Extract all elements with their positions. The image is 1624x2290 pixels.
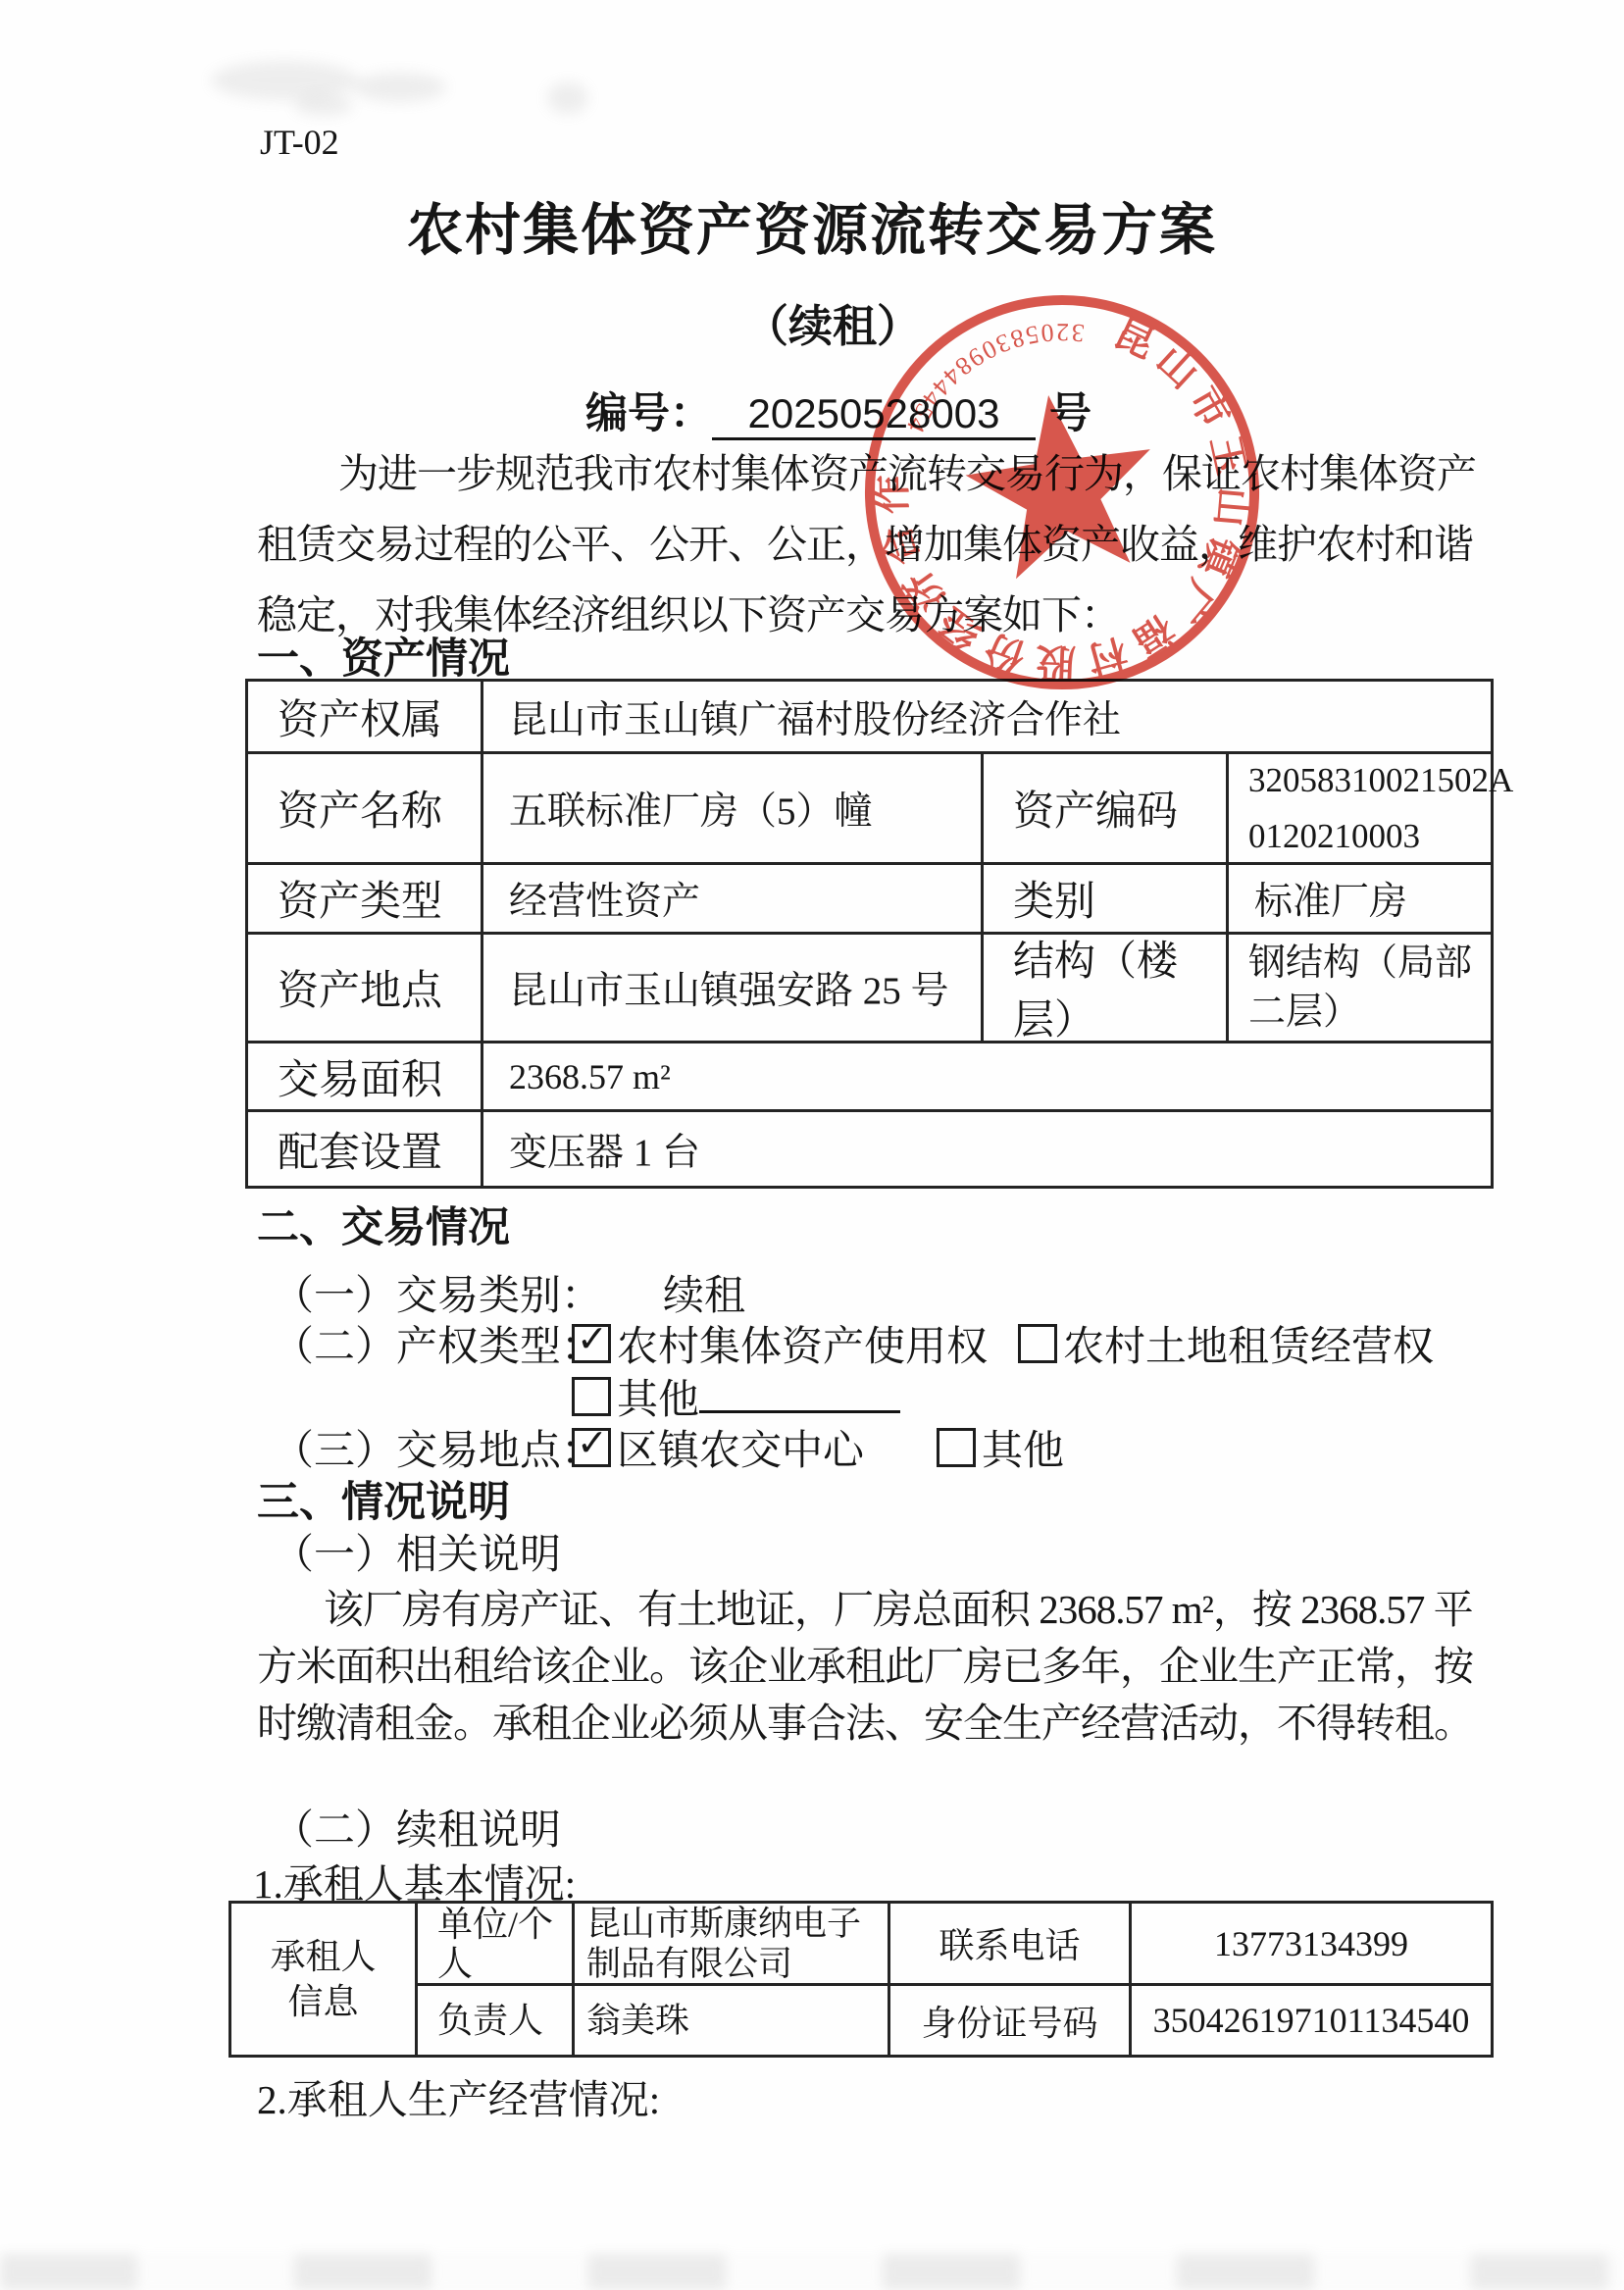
blank-underline: [699, 1369, 900, 1413]
scan-edge-shadow: [0, 2254, 1624, 2290]
section3-sub2: （二）续租说明: [273, 1798, 561, 1857]
facilities-label: 配套设置: [248, 1112, 483, 1189]
asset-structure-value: 钢结构（局部二层）: [1229, 935, 1494, 1043]
trade-type-label: （一）交易类别：: [273, 1274, 602, 1319]
asset-code-line2: 0120210003: [1248, 808, 1491, 864]
official-seal-stamp: 昆山市玉山镇广福村股份经济合作社 32058309844454: [846, 277, 1278, 708]
scan-smudge: [211, 61, 358, 100]
principal-field-value: 翁美珠: [575, 1986, 890, 2058]
page-subtitle: （续租）: [0, 290, 1624, 354]
explain-line: 时缴清租金。承租企业必须从事合法、安全生产经营活动，不得转租。: [257, 1691, 1473, 1749]
asset-location-value: 昆山市玉山镇强安路 25 号: [483, 935, 984, 1043]
trade-place-option2-label: 其他: [982, 1429, 1064, 1474]
asset-category-label: 类别: [984, 865, 1229, 935]
explain-line: 方米面积出租给该企业。该企业承租此厂房已多年，企业生产正常，按: [257, 1634, 1473, 1692]
asset-code-value: 32058310021502A 0120210003: [1229, 754, 1494, 865]
asset-name-label: 资产名称: [248, 754, 483, 865]
phone-field-label: 联系电话: [890, 1904, 1132, 1986]
checkbox-checked-icon: [572, 1324, 611, 1363]
lessee-group-label-line2: 信息: [231, 1979, 415, 2024]
lessee-group-label: 承租人 信息: [231, 1904, 418, 2058]
trade-place-option2: 其他: [937, 1418, 1064, 1477]
trade-area-label: 交易面积: [248, 1043, 483, 1112]
trade-place-option1-label: 区镇农交中心: [617, 1429, 864, 1474]
number-label: 编号：: [585, 390, 712, 437]
property-right-label: （二）产权类型：: [273, 1314, 602, 1373]
page-title: 农村集体资产资源流转交易方案: [0, 185, 1624, 266]
section1-heading: 一、资产情况: [257, 626, 510, 686]
trade-place-option1: 区镇农交中心: [572, 1418, 864, 1477]
id-field-value: 350426197101134540: [1132, 1986, 1494, 2058]
asset-code-line1: 32058310021502A: [1248, 752, 1491, 808]
section2-heading: 二、交易情况: [257, 1195, 510, 1254]
facilities-value: 变压器 1 台: [483, 1112, 1494, 1189]
seal-star-icon: [956, 382, 1166, 585]
asset-type-value: 经营性资产: [483, 865, 984, 935]
section3-heading: 三、情况说明: [257, 1469, 510, 1529]
checkbox-empty-icon: [937, 1428, 976, 1467]
form-code: JT-02: [260, 122, 339, 163]
trade-place-label: （三）交易地点：: [273, 1418, 602, 1477]
document-page: JT-02 农村集体资产资源流转交易方案 （续租） 编号：20250528003…: [0, 0, 1624, 2290]
asset-info-table: 资产权属 昆山市玉山镇广福村股份经济合作社 资产名称 五联标准厂房（5）幢 资产…: [245, 679, 1494, 1189]
section3-sub1: （一）相关说明: [273, 1522, 561, 1581]
property-right-option3-label: 其他: [617, 1378, 699, 1423]
trade-type-line: （一）交易类别：续租: [273, 1263, 745, 1322]
unit-field-label: 单位/个人: [418, 1904, 575, 1986]
lessee-info-table: 承租人 信息 单位/个人 昆山市斯康纳电子制品有限公司 联系电话 1377313…: [228, 1901, 1494, 2058]
trade-type-value: 续租: [663, 1274, 745, 1319]
property-right-option2: 农村土地租赁经营权: [1018, 1314, 1434, 1373]
checkbox-empty-icon: [572, 1377, 611, 1416]
property-right-option1: 农村集体资产使用权: [572, 1314, 988, 1373]
id-field-label: 身份证号码: [890, 1986, 1132, 2058]
asset-category-value: 标准厂房: [1229, 865, 1494, 935]
scan-smudge: [294, 94, 353, 116]
property-right-option3: 其他: [572, 1367, 900, 1426]
unit-field-value: 昆山市斯康纳电子制品有限公司: [575, 1904, 890, 1986]
property-right-option1-label: 农村集体资产使用权: [617, 1325, 988, 1370]
asset-type-label: 资产类型: [248, 865, 483, 935]
principal-field-label: 负责人: [418, 1986, 575, 2058]
asset-name-value: 五联标准厂房（5）幢: [483, 754, 984, 865]
scan-smudge: [353, 73, 446, 102]
lessee-business-title: 2.承租人生产经营情况:: [257, 2067, 660, 2125]
trade-area-value: 2368.57 m²: [483, 1043, 1494, 1112]
checkbox-empty-icon: [1018, 1324, 1057, 1363]
explain-line: 该厂房有房产证、有土地证，厂房总面积 2368.57 m²，按 2368.57 …: [324, 1577, 1473, 1635]
asset-structure-label: 结构（楼层）: [984, 935, 1229, 1043]
asset-location-label: 资产地点: [248, 935, 483, 1043]
asset-owner-label: 资产权属: [248, 682, 483, 754]
asset-code-label: 资产编码: [984, 754, 1229, 865]
phone-field-value: 13773134399: [1132, 1904, 1494, 1986]
checkbox-checked-icon: [572, 1428, 611, 1467]
property-right-option2-label: 农村土地租赁经营权: [1063, 1325, 1434, 1370]
lessee-group-label-line1: 承租人: [231, 1934, 415, 1979]
scan-smudge: [547, 82, 588, 114]
